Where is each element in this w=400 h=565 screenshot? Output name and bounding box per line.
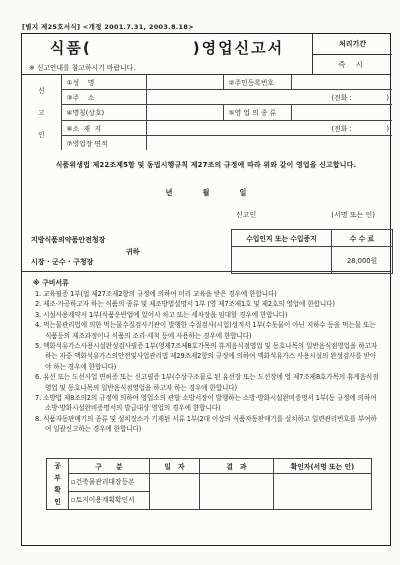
signature-note: (서명 또는 인) [331,210,375,220]
title-area: 식품( )영업신고서 ※ 신고안내를 참고하시기 바랍니다. 처리기간 즉 시 [22,34,390,75]
table-row: 신 고 인 ①성 명 ②주민등록번호 [22,75,392,90]
column-header-result: 결 과 [200,459,274,474]
business-type-label: ⑤영 업 의 종 류 [223,105,291,120]
business-name-label: ④명칭(상호) [61,105,146,120]
addressee-regional-chief: 지방식품의약품안전청장 [31,235,105,245]
table-row: ④명칭(상호) ⑤영 업 의 종 류 [22,105,392,120]
declaration-section: 식품위생법 제22조제5항 및 동법시행규칙 제27조의 규정에 따라 위와 같… [22,150,390,228]
verification-category-cell: ▫건축물관리대장등본 ▫토지이용계획확인서 [69,474,150,510]
guide-note: ※ 신고안내를 참고하시기 바랍니다. [29,62,135,72]
title-left: 식품( )영업신고서 ※ 신고안내를 참고하시기 바랍니다. [22,34,312,75]
group-char: 신 [25,80,58,102]
list-item: 8. 식품자동판매기의 종류 및 설치장소가 기재된 서류 1부(2대 이상의 … [31,414,381,435]
list-item: 4. 먹는물관리법에 의한 먹는물수질검사기관이 발행한 수질검사(시험)성적서… [31,320,381,341]
name-value-field [146,75,223,90]
date-line: 년 월 일 [22,188,390,198]
list-item: 2. 제조·가공하고자 하는 식품의 종류 및 제조방법설명서 1부 (영 제7… [31,299,381,309]
addressee-fee-section: 지방식품의약품안전청장 귀하 시장 · 군수 · 구청장 수입인지 또는 수입증… [22,228,390,272]
group-char: 인 [49,496,66,508]
form-title: 식품( )영업신고서 [22,37,312,58]
table-row: ⑥소 재 지 (전화 : ) [22,120,392,135]
list-item: 7. 소방법 제8조의2의 규정에 의하여 영업소의 관할 소방서장이 발행하는… [31,393,381,414]
column-header-category: 구 분 [69,459,150,474]
group-char: 부 [49,472,66,484]
table-row: ③주 소 (전화 : ) [22,90,392,105]
processing-time-column: 처리기간 즉 시 [312,34,392,75]
declaration-statement: 식품위생법 제22조제5항 및 동법시행규칙 제27조의 규정에 따라 위와 같… [22,159,390,169]
form-outer-box: 식품( )영업신고서 ※ 신고안내를 참고하시기 바랍니다. 처리기간 즉 시 … [21,33,391,546]
verification-result-cell [200,474,274,510]
addressee-honorific: 귀하 [126,247,140,257]
scanned-form-page: { "colors": { "paper": "#fcfcfa", "ink":… [0,0,400,565]
form-reference-note: [별지 제25호서식] <개정 2001.7.31, 2003.8.18> [22,22,194,31]
signer-label: 신고인 [236,210,256,220]
location-label: ⑥소 재 지 [61,120,146,135]
business-name-value-field [146,105,223,120]
name-label: ①성 명 [61,75,146,90]
location-value-field: (전화 : ) [146,120,392,135]
table-row: 28,000원 [232,247,393,274]
verification-date-cell [150,474,200,510]
column-header-verifier: 확인자(서명 또는 인) [274,459,372,474]
list-item: 1. 교육필증 1부(법 제27조제2항의 규정에 의하여 미리 교육을 받은 … [31,289,381,299]
resident-no-value-field [291,75,392,90]
list-item: ▫건축물관리대장등본 [69,474,149,491]
required-documents-section: ※ 구비서류 1. 교육필증 1부(법 제27조제2항의 규정에 의하여 미리 … [22,272,390,458]
table-row: 수입인지 또는 수입증지 수 수 료 [232,230,393,247]
group-char: 고 [25,102,58,124]
group-char: 인 [25,124,58,146]
applicant-group-label: 신 고 인 [22,75,61,150]
verification-verifier-cell [274,474,372,510]
fee-table: 수입인지 또는 수입증지 수 수 료 28,000원 [231,229,393,274]
area-label: ⑦영업장 면적 [61,135,146,150]
list-item: ▫토지이용계획확인서 [69,491,149,509]
list-item: 3. 시설사용계약서 1부(식품운반업에 있어서 차고 또는 세차장을 임대할 … [31,310,381,320]
fee-amount: 28,000원 [332,247,393,274]
business-type-value-field [291,105,392,120]
group-char: 공 [49,460,66,472]
table-row: 공 부 확 인 구 분 일 자 결 과 확인자(서명 또는 인) [47,459,372,474]
resident-no-label: ②주민등록번호 [223,75,291,90]
fee-label: 수 수 료 [332,230,393,247]
processing-time-value: 즉 시 [313,55,392,75]
list-item: 5. 액화석유가스사용시설완성검사필증 1부(영제7조제8호가목의 휴게음식점영… [31,341,381,372]
address-value-field: (전화 : ) [146,90,392,105]
revenue-stamp-label: 수입인지 또는 수입증지 [232,230,332,247]
applicant-table: 신 고 인 ①성 명 ②주민등록번호 ③주 소 (전화 : ) ④명칭(상호) … [22,75,392,150]
address-label: ③주 소 [61,90,146,105]
area-value-field [146,135,392,150]
table-row: ▫건축물관리대장등본 ▫토지이용계획확인서 [47,474,372,510]
column-header-date: 일 자 [150,459,200,474]
addressee-mayor: 시장 · 군수 · 구청장 [31,257,93,267]
list-item: 6. 유선 또는 도선사업 면허증 또는 신고필증 1부(수상구조물로 된 유선… [31,372,381,393]
revenue-stamp-field [232,247,332,274]
table-row: ⑦영업장 면적 [22,135,392,150]
documents-heading: ※ 구비서류 [33,277,381,287]
processing-time-label: 처리기간 [313,34,392,55]
official-verification-table: 공 부 확 인 구 분 일 자 결 과 확인자(서명 또는 인) ▫건축물관리대… [46,458,372,510]
verification-group-label: 공 부 확 인 [47,459,69,510]
group-char: 확 [49,484,66,496]
